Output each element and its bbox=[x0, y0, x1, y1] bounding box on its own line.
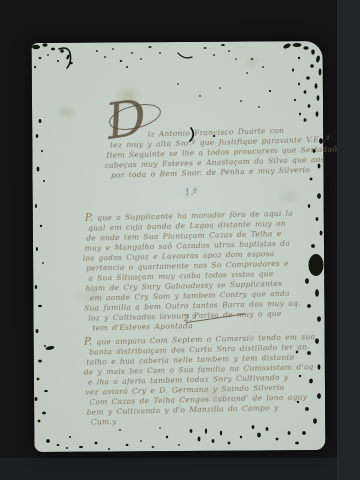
section-marker-2: 2.º bbox=[183, 313, 197, 324]
petition-lead: P. bbox=[84, 336, 93, 348]
section-marker-1: 1.º bbox=[184, 187, 198, 198]
backdrop-right-strip bbox=[337, 0, 360, 480]
petition-paragraph-1: P. que o Supplicante ha morador fóra de … bbox=[82, 207, 329, 334]
opening-paragraph: iz Antonio Francisco Duarte con tez muy … bbox=[102, 124, 335, 180]
petition-paragraph-2: P. que ampara Com Septem o Cumersio tend… bbox=[81, 331, 327, 428]
manuscript-page: D iz Antonio Francisco Duarte con tez mu… bbox=[32, 41, 326, 452]
petition-lead: P. bbox=[85, 212, 94, 224]
backdrop-bottom-strip bbox=[0, 458, 337, 480]
